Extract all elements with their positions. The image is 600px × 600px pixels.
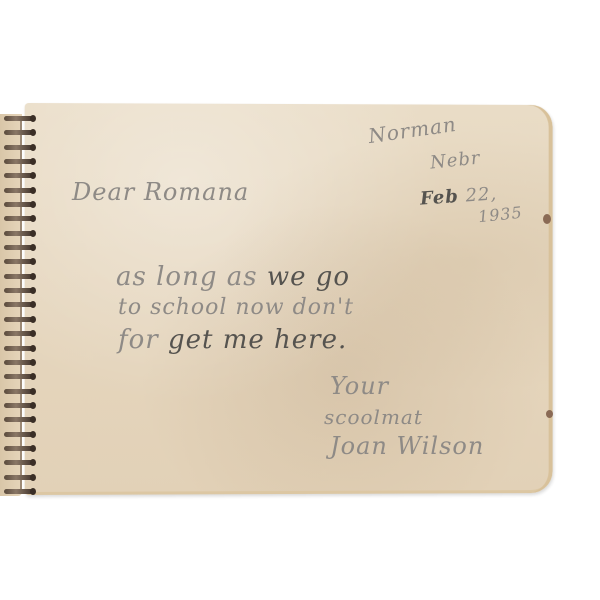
salutation: Dear Romana bbox=[72, 178, 249, 206]
spiral-loop bbox=[4, 216, 34, 221]
spiral-loop bbox=[4, 374, 34, 379]
spiral-loop bbox=[4, 159, 34, 164]
spiral-loop bbox=[4, 331, 34, 336]
spiral-loop bbox=[4, 489, 34, 494]
spiral-loop bbox=[4, 403, 34, 408]
spiral-loop bbox=[4, 259, 34, 264]
spiral-loop bbox=[4, 317, 34, 322]
spiral-loop bbox=[4, 188, 34, 193]
spiral-loop bbox=[4, 346, 34, 351]
spiral-loop bbox=[4, 274, 34, 279]
spiral-loop bbox=[4, 432, 34, 437]
body-line-3-light: for bbox=[118, 325, 168, 355]
spiral-loop bbox=[4, 417, 34, 422]
date-day: 22, bbox=[465, 183, 498, 206]
spiral-loop bbox=[4, 245, 34, 250]
spiral-loop bbox=[4, 130, 34, 135]
signature: Joan Wilson bbox=[330, 432, 484, 460]
spiral-loop bbox=[4, 231, 34, 236]
body-line-1-dark: we go bbox=[267, 262, 350, 292]
spiral-loop bbox=[4, 460, 34, 465]
date-month: Feb bbox=[419, 186, 459, 210]
spiral-loop bbox=[4, 116, 34, 121]
body-line-2: to school now don't bbox=[118, 295, 354, 320]
body-line-3-dark: get me here. bbox=[168, 325, 347, 355]
spiral-loop bbox=[4, 173, 34, 178]
body-line-1: as long as we go bbox=[116, 262, 350, 292]
spiral-loop bbox=[4, 446, 34, 451]
spiral-loop bbox=[4, 302, 34, 307]
body-line-2-light: to school now don't bbox=[118, 295, 354, 320]
stain-spot bbox=[543, 214, 551, 224]
spiral-binding bbox=[4, 116, 38, 494]
stain-spot bbox=[546, 410, 553, 418]
closing-line-2: scoolmat bbox=[324, 405, 423, 429]
body-line-3: for get me here. bbox=[118, 325, 347, 355]
body-line-1-light: as long as bbox=[116, 262, 267, 292]
spiral-loop bbox=[4, 389, 34, 394]
closing-line-1: Your bbox=[330, 372, 389, 400]
spiral-loop bbox=[4, 145, 34, 150]
spiral-loop bbox=[4, 202, 34, 207]
spiral-loop bbox=[4, 475, 34, 480]
spiral-loop bbox=[4, 360, 34, 365]
spiral-loop bbox=[4, 288, 34, 293]
